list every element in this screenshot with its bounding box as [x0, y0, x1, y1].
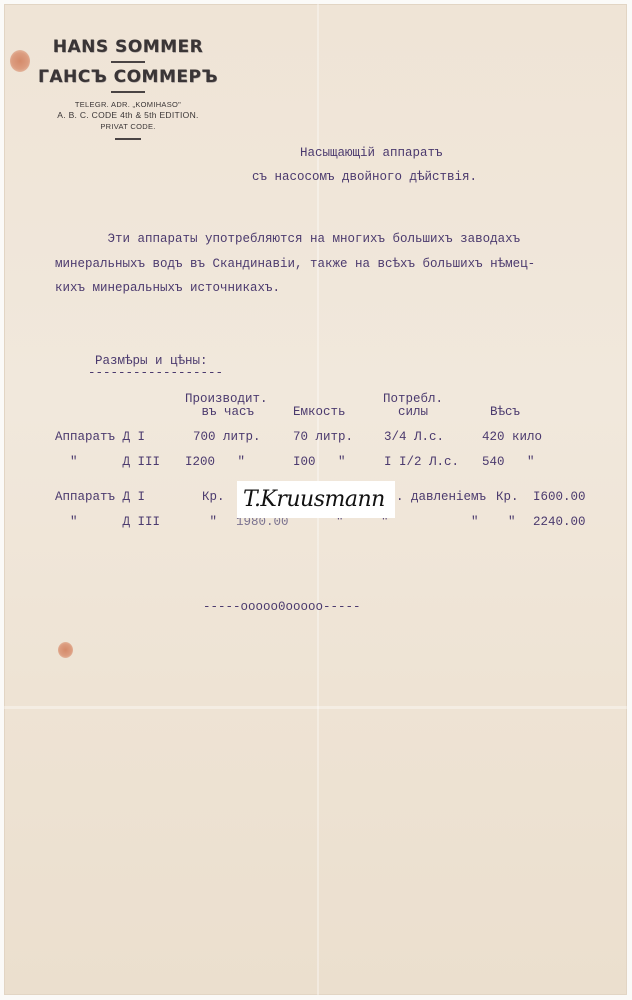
- row-1-weight: 420 кило: [482, 430, 542, 445]
- row-2-power: I I/2 Л.с.: [384, 455, 459, 470]
- signature-watermark: T.Kruusmann: [237, 481, 395, 518]
- price-row-2-currency: ": [508, 515, 516, 530]
- header-power-sub: силы: [383, 405, 428, 420]
- letterhead-rule: [115, 138, 141, 140]
- row-2-weight: 540 ": [482, 455, 535, 470]
- closing-rule: -----ooooo0ooooo-----: [203, 600, 361, 615]
- row-1-model: Аппаратъ Д I: [55, 430, 145, 445]
- rust-stain-top: [10, 50, 30, 72]
- body-line-1: Эти аппараты употребляются на многихъ бо…: [55, 232, 520, 247]
- price-row-2-model: " Д III: [55, 515, 160, 530]
- body-line-2: минеральныхъ водъ въ Скандинавіи, также …: [55, 257, 535, 272]
- header-production-sub: въ часъ: [194, 405, 254, 420]
- telegraph-address: TELEGR. ADR. „KOMIHASO": [38, 99, 218, 110]
- row-1-power: 3/4 Л.с.: [384, 430, 444, 445]
- privat-code: PRIVAT CODE.: [38, 121, 218, 132]
- row-2-capacity: I00 ": [293, 455, 346, 470]
- price-row-1-note: . давленіемъ: [396, 490, 486, 505]
- abc-code: A. B. C. CODE 4th & 5th EDITION.: [38, 110, 218, 121]
- row-2-production: I200 ": [185, 455, 245, 470]
- price-row-1-prefix: Кр.: [202, 490, 225, 505]
- title-line-2: съ насосомъ двойного дѣйствія.: [252, 170, 477, 185]
- price-row-1-currency: Кр.: [496, 490, 519, 505]
- letterhead: HANS SOMMER ГАНСЪ СОММЕРЪ TELEGR. ADR. „…: [38, 36, 218, 143]
- header-weight: Вѣсъ: [490, 405, 520, 420]
- row-1-capacity: 70 литр.: [293, 430, 353, 445]
- header-capacity: Емкость: [293, 405, 346, 420]
- letterhead-rule: [111, 91, 145, 93]
- price-row-1-total: I600.00: [533, 490, 586, 505]
- section-underline: ------------------: [88, 366, 223, 381]
- company-name-latin: HANS SOMMER: [38, 36, 218, 58]
- body-line-3: кихъ минеральныхъ источникахъ.: [55, 281, 280, 296]
- price-row-1-model: Аппаратъ Д I: [55, 490, 145, 505]
- letterhead-rule: [111, 61, 145, 63]
- price-row-2-total: 2240.00: [533, 515, 586, 530]
- company-name-cyrillic: ГАНСЪ СОММЕРЪ: [38, 66, 218, 88]
- row-1-production: 700 литр.: [193, 430, 261, 445]
- row-2-model: " Д III: [55, 455, 160, 470]
- price-row-2-prefix: ": [202, 515, 217, 530]
- title-line-1: Насыщающій аппаратъ: [300, 146, 443, 161]
- rust-stain-middle: [58, 642, 73, 658]
- fold-line-horizontal: [4, 706, 627, 709]
